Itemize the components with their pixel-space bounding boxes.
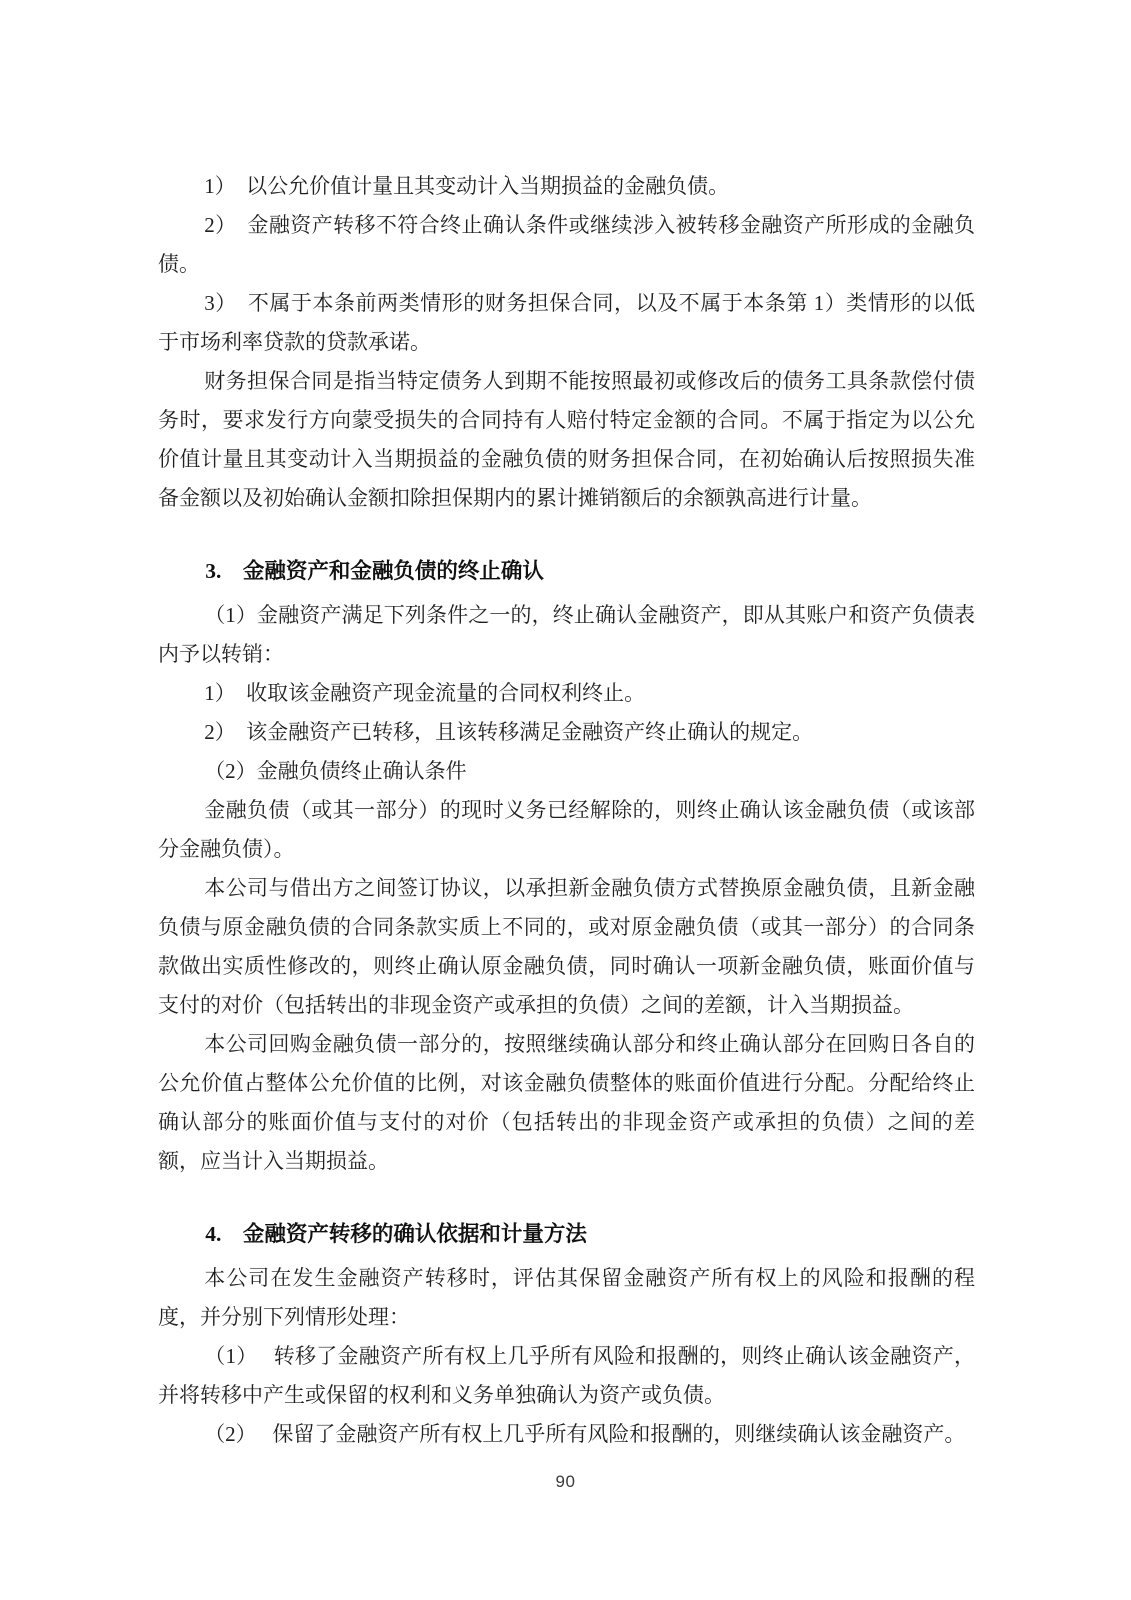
paragraph: 1） 以公允价值计量且其变动计入当期损益的金融负债。 xyxy=(158,167,975,206)
paragraph: 1） 收取该金融资产现金流量的合同权利终止。 xyxy=(158,674,975,713)
paragraph: （1） 转移了金融资产所有权上几乎所有风险和报酬的，则终止确认该金融资产，并将转… xyxy=(158,1337,975,1415)
page-footer: 90 xyxy=(0,1472,1131,1492)
paragraph: （2）金融负债终止确认条件 xyxy=(158,752,975,791)
paragraph: 2） 该金融资产已转移，且该转移满足金融资产终止确认的规定。 xyxy=(158,713,975,752)
document-page: 1） 以公允价值计量且其变动计入当期损益的金融负债。2） 金融资产转移不符合终止… xyxy=(0,0,1131,1600)
paragraph: （2） 保留了金融资产所有权上几乎所有风险和报酬的，则继续确认该金融资产。 xyxy=(158,1415,975,1454)
paragraph: 本公司回购金融负债一部分的，按照继续确认部分和终止确认部分在回购日各自的公允价值… xyxy=(158,1025,975,1181)
section-heading: 4. 金融资产转移的确认依据和计量方法 xyxy=(158,1215,975,1254)
section-heading: 3. 金融资产和金融负债的终止确认 xyxy=(158,552,975,591)
paragraph: 本公司与借出方之间签订协议，以承担新金融负债方式替换原金融负债，且新金融负债与原… xyxy=(158,869,975,1025)
paragraph: 2） 金融资产转移不符合终止确认条件或继续涉入被转移金融资产所形成的金融负债。 xyxy=(158,206,975,284)
document-body: 1） 以公允价值计量且其变动计入当期损益的金融负债。2） 金融资产转移不符合终止… xyxy=(0,0,1131,1454)
paragraph: 3） 不属于本条前两类情形的财务担保合同，以及不属于本条第 1）类情形的以低于市… xyxy=(158,284,975,362)
paragraph: 财务担保合同是指当特定债务人到期不能按照最初或修改后的债务工具条款偿付债务时，要… xyxy=(158,362,975,518)
paragraph: 金融负债（或其一部分）的现时义务已经解除的，则终止确认该金融负债（或该部分金融负… xyxy=(158,791,975,869)
paragraph: 本公司在发生金融资产转移时，评估其保留金融资产所有权上的风险和报酬的程度，并分别… xyxy=(158,1259,975,1337)
paragraph: （1）金融资产满足下列条件之一的，终止确认金融资产，即从其账户和资产负债表内予以… xyxy=(158,596,975,674)
page-number: 90 xyxy=(556,1472,576,1491)
